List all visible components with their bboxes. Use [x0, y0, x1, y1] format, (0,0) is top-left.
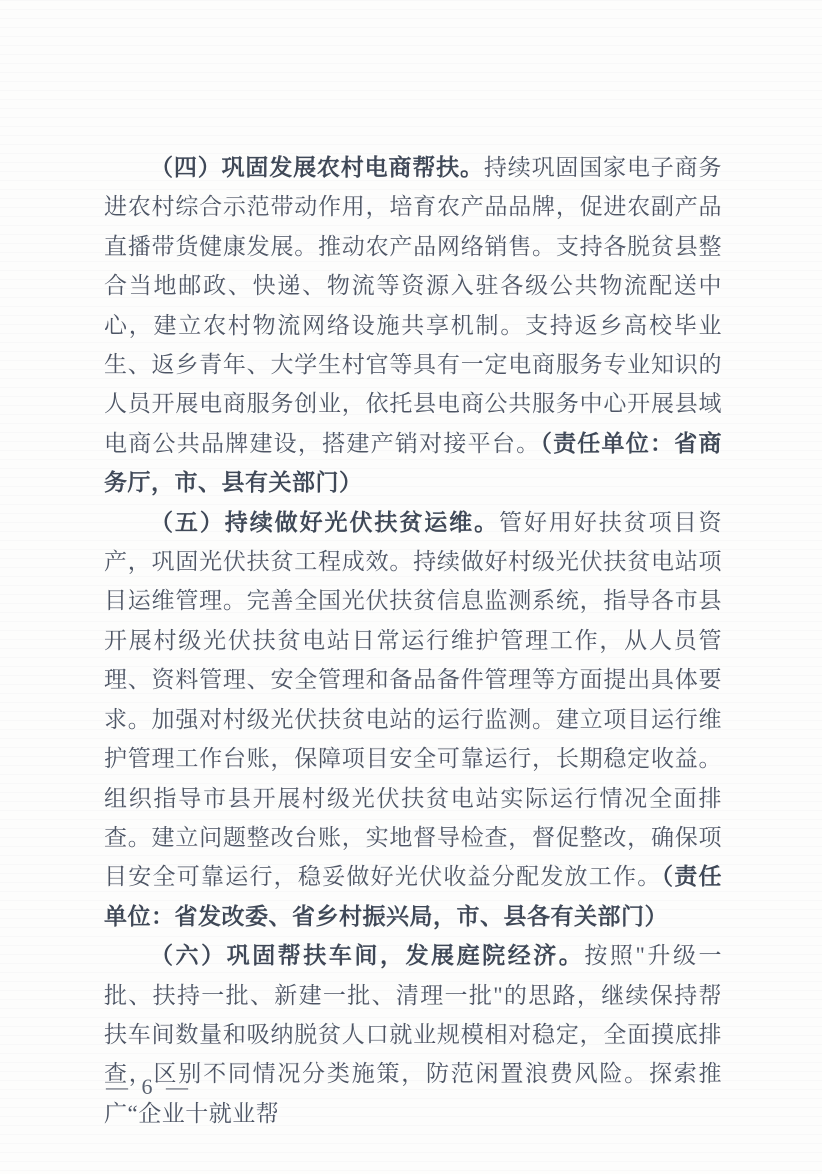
document-page: （四）巩固发展农村电商帮扶。持续巩固国家电子商务进农村综合示范带动作用，培育农产… — [0, 0, 822, 1174]
document-body: （四）巩固发展农村电商帮扶。持续巩固国家电子商务进农村综合示范带动作用，培育农产… — [104, 148, 722, 1133]
page-number: — 6 — — [106, 1074, 189, 1100]
paragraph-item-5-body: 管好用好扶贫项目资产，巩固光伏扶贫工程成效。持续做好村级光伏扶贫电站项目运维管理… — [104, 510, 722, 890]
paragraph-item-6: （六）巩固帮扶车间，发展庭院经济。按照"升级一批、扶持一批、新建一批、清理一批"… — [104, 936, 722, 1133]
paragraph-item-4: （四）巩固发展农村电商帮扶。持续巩固国家电子商务进农村综合示范带动作用，培育农产… — [104, 148, 722, 503]
paragraph-item-5-heading: （五）持续做好光伏扶贫运维。 — [150, 510, 499, 535]
paragraph-item-5: （五）持续做好光伏扶贫运维。管好用好扶贫项目资产，巩固光伏扶贫工程成效。持续做好… — [104, 503, 722, 936]
paragraph-item-4-heading: （四）巩固发展农村电商帮扶。 — [150, 155, 484, 180]
paragraph-item-4-body: 持续巩固国家电子商务进农村综合示范带动作用，培育农产品品牌，促进农副产品直播带货… — [104, 155, 722, 456]
paragraph-item-6-body: 按照"升级一批、扶持一批、新建一批、清理一批"的思路，继续保持帮扶车间数量和吸纳… — [104, 943, 722, 1126]
paragraph-item-6-heading: （六）巩固帮扶车间，发展庭院经济。 — [150, 943, 584, 968]
